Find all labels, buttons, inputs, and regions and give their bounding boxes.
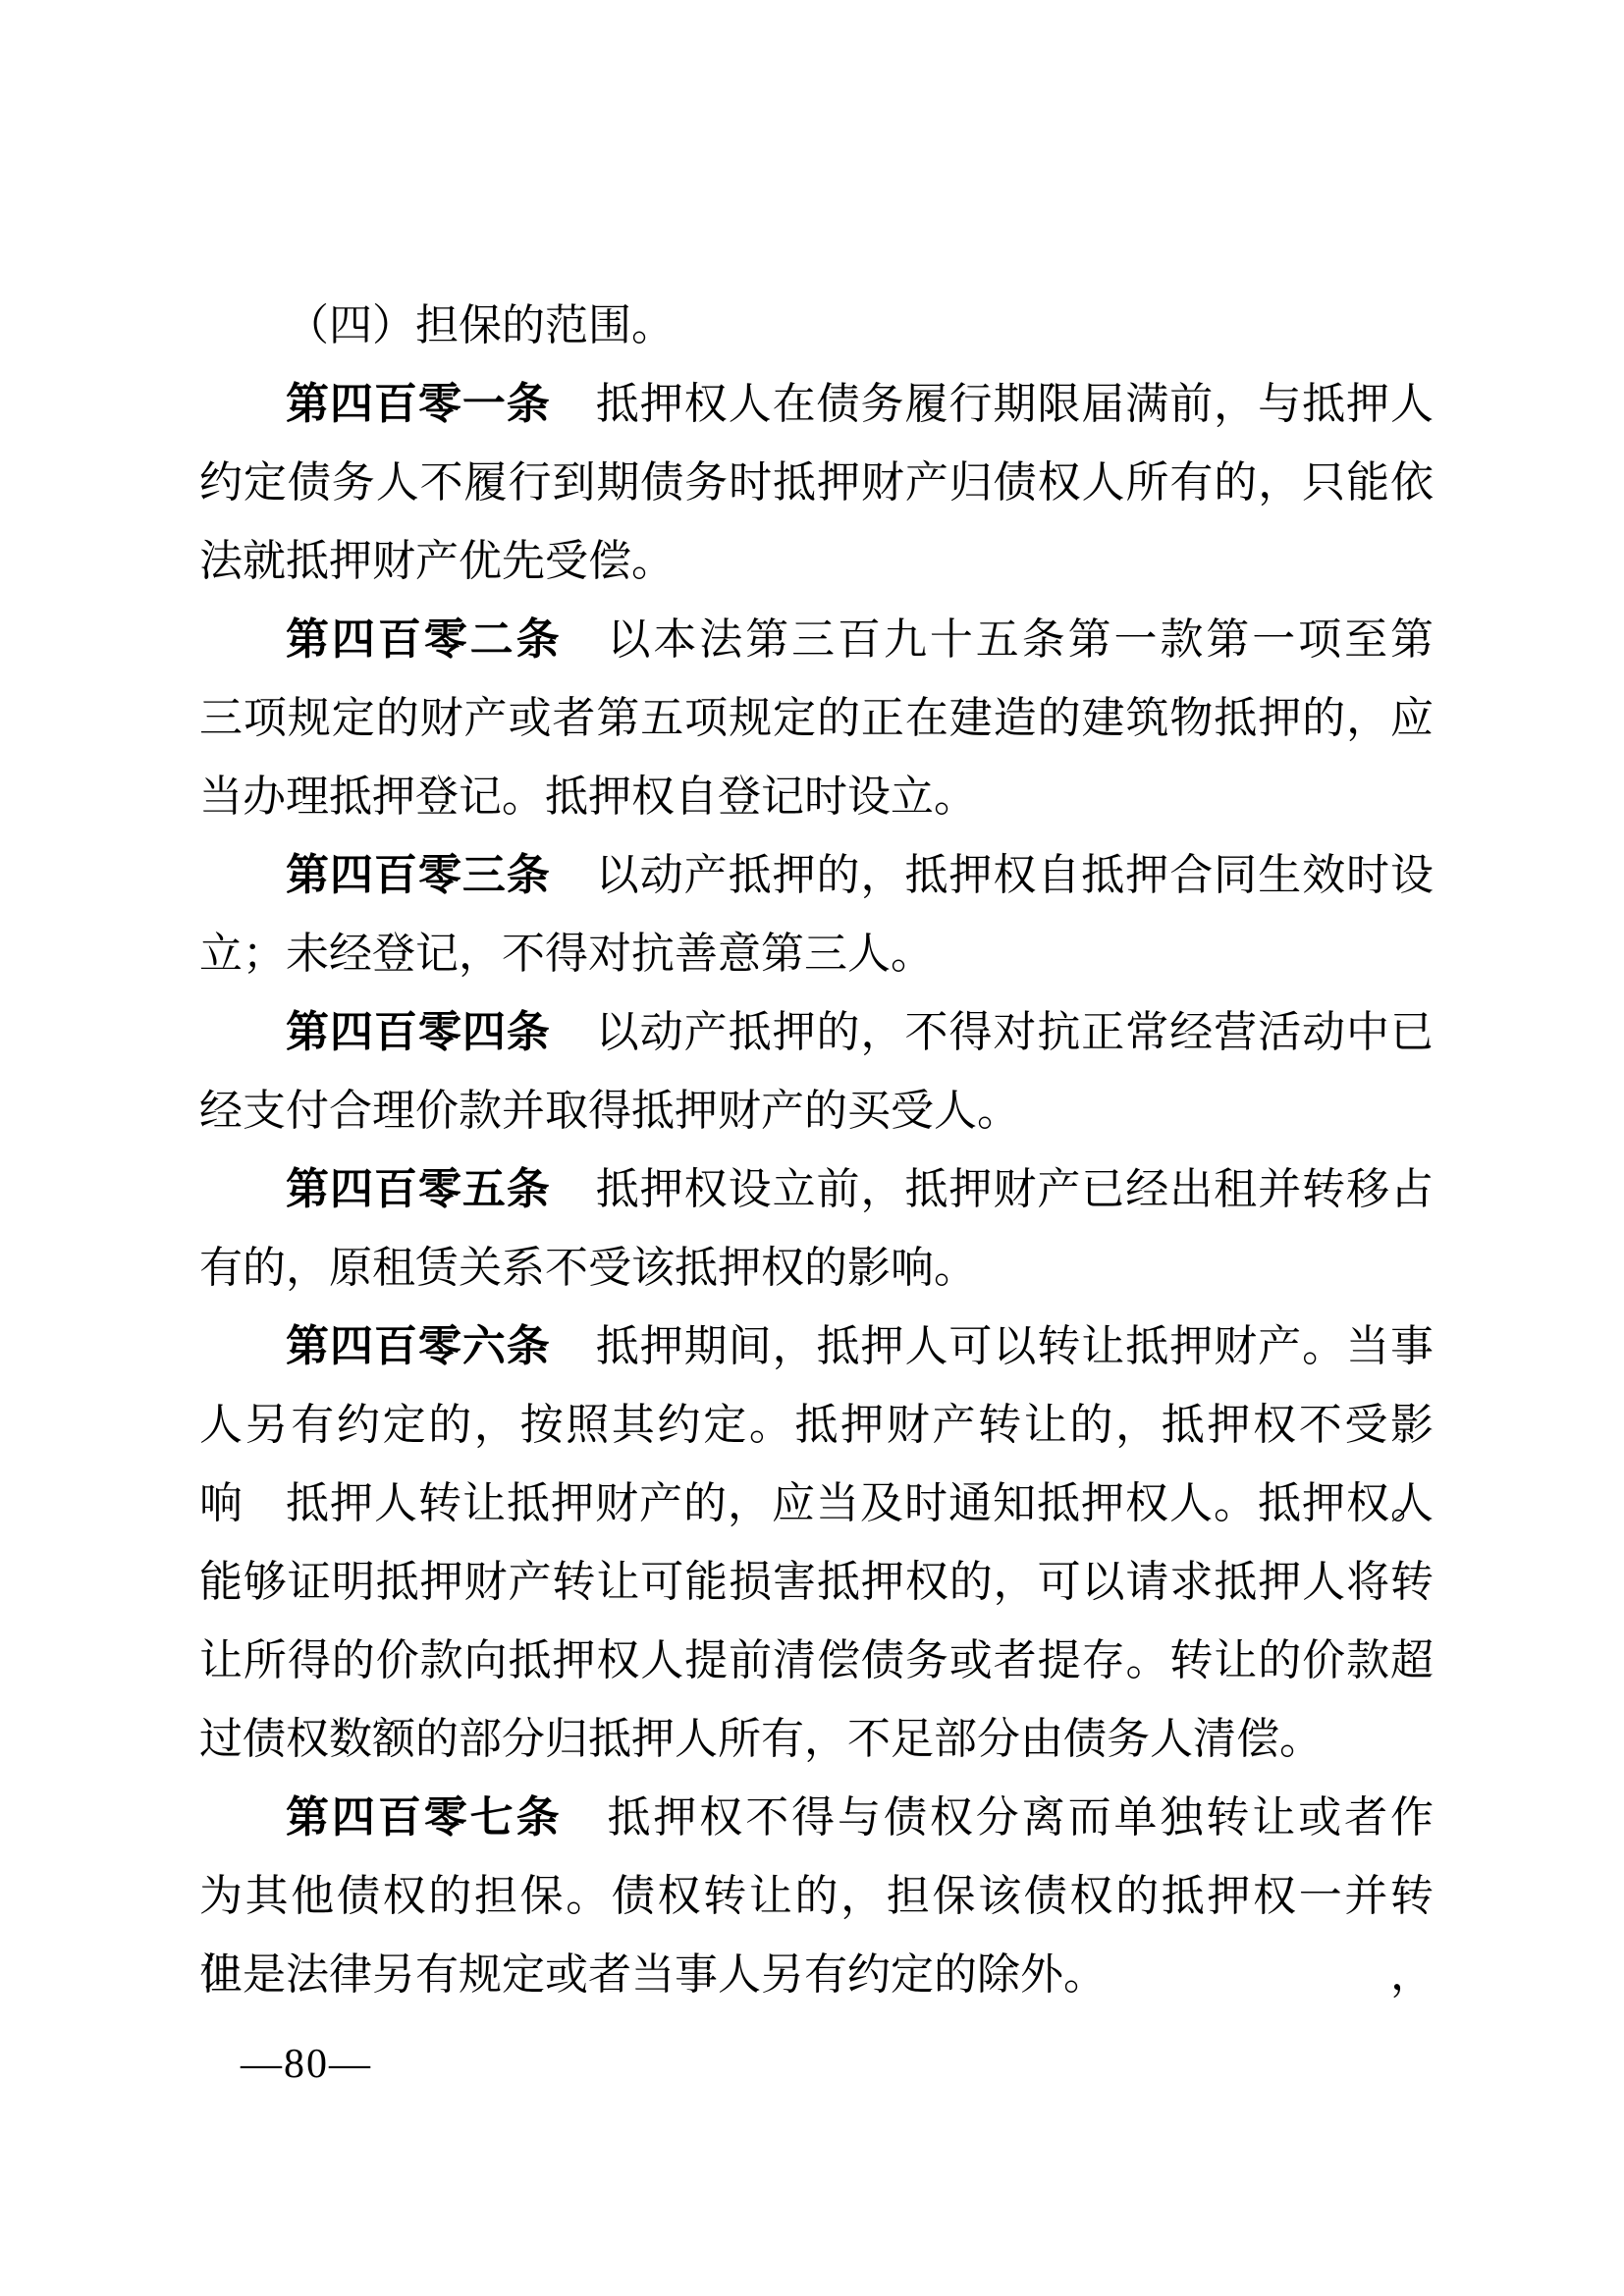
body-line: 三项规定的财产或者第五项规定的正在建造的建筑物抵押的，应 bbox=[199, 679, 1434, 758]
article-406-line: 第四百零六条抵押期间，抵押人可以转让抵押财产。当事 bbox=[199, 1308, 1434, 1386]
article-text: 抵押期间，抵押人可以转让抵押财产。当事 bbox=[596, 1322, 1434, 1370]
article-number: 第四百零七条 bbox=[286, 1793, 562, 1842]
body-line-text: 让所得的价款向抵押权人提前清偿债务或者提存。转让的价款超 bbox=[199, 1636, 1434, 1684]
body-line-text: 有的，原租赁关系不受该抵押权的影响。 bbox=[199, 1244, 977, 1292]
article-405-line: 第四百零五条抵押权设立前，抵押财产已经出租并转移占 bbox=[199, 1150, 1434, 1229]
body-line: 为其他债权的担保。债权转让的，担保该债权的抵押权一并转让， bbox=[199, 1857, 1434, 1936]
article-text: 抵押权设立前，抵押财产已经出租并转移占 bbox=[596, 1165, 1434, 1213]
body-line: 法就抵押财产优先受偿。 bbox=[199, 522, 1434, 601]
body-line-text: 三项规定的财产或者第五项规定的正在建造的建筑物抵押的，应 bbox=[199, 694, 1434, 742]
body-line-text: 抵押人转让抵押财产的，应当及时通知抵押权人。抵押权人 bbox=[286, 1479, 1434, 1527]
article-text: 以动产抵押的，不得对抗正常经营活动中已 bbox=[596, 1008, 1434, 1056]
body-line-text: 约定债务人不履行到期债务时抵押财产归债权人所有的，只能依 bbox=[199, 458, 1434, 507]
page-number: —80— bbox=[241, 2042, 372, 2087]
body-line: 让所得的价款向抵押权人提前清偿债务或者提存。转让的价款超 bbox=[199, 1622, 1434, 1700]
article-number: 第四百零三条 bbox=[286, 851, 551, 899]
body-line: 立；未经登记，不得对抗善意第三人。 bbox=[199, 915, 1434, 993]
body-line: 人另有约定的，按照其约定。抵押财产转让的，抵押权不受影响。 bbox=[199, 1386, 1434, 1465]
body-line: 抵押人转让抵押财产的，应当及时通知抵押权人。抵押权人 bbox=[199, 1465, 1434, 1543]
body-line-text: 过债权数额的部分归抵押人所有，不足部分由债务人清偿。 bbox=[199, 1715, 1323, 1763]
document-body: （四）担保的范围。 第四百零一条抵押权人在债务履行期限届满前，与抵押人 约定债务… bbox=[199, 287, 1434, 2014]
body-line-text: 立；未经登记，不得对抗善意第三人。 bbox=[199, 930, 934, 978]
article-number: 第四百零六条 bbox=[286, 1322, 551, 1370]
section-heading: （四）担保的范围。 bbox=[199, 287, 1434, 365]
body-line: 能够证明抵押财产转让可能损害抵押权的，可以请求抵押人将转 bbox=[199, 1543, 1434, 1622]
body-line: 当办理抵押登记。抵押权自登记时设立。 bbox=[199, 758, 1434, 836]
article-403-line: 第四百零三条以动产抵押的，抵押权自抵押合同生效时设 bbox=[199, 836, 1434, 915]
article-402-line: 第四百零二条以本法第三百九十五条第一款第一项至第 bbox=[199, 601, 1434, 679]
article-text: 以动产抵押的，抵押权自抵押合同生效时设 bbox=[596, 851, 1434, 899]
body-line: 约定债务人不履行到期债务时抵押财产归债权人所有的，只能依 bbox=[199, 444, 1434, 522]
article-number: 第四百零四条 bbox=[286, 1008, 551, 1056]
article-text: 抵押权不得与债权分离而单独转让或者作 bbox=[607, 1793, 1434, 1842]
body-line-text: 经支付合理价款并取得抵押财产的买受人。 bbox=[199, 1087, 1020, 1135]
document-page: { "page": { "background": "#ffffff", "te… bbox=[0, 0, 1624, 2296]
article-404-line: 第四百零四条以动产抵押的，不得对抗正常经营活动中已 bbox=[199, 993, 1434, 1072]
article-401-line: 第四百零一条抵押权人在债务履行期限届满前，与抵押人 bbox=[199, 365, 1434, 444]
body-line: 经支付合理价款并取得抵押财产的买受人。 bbox=[199, 1072, 1434, 1150]
article-number: 第四百零二条 bbox=[286, 615, 562, 664]
body-line: 过债权数额的部分归抵押人所有，不足部分由债务人清偿。 bbox=[199, 1700, 1434, 1779]
article-text: 以本法第三百九十五条第一款第一项至第 bbox=[607, 615, 1434, 664]
article-number: 第四百零一条 bbox=[286, 380, 551, 428]
body-line-text: 当办理抵押登记。抵押权自登记时设立。 bbox=[199, 773, 977, 821]
body-line-text: 但是法律另有规定或者当事人另有约定的除外。 bbox=[199, 1950, 1107, 1999]
article-number: 第四百零五条 bbox=[286, 1165, 551, 1213]
section-heading-text: （四）担保的范围。 bbox=[286, 301, 675, 349]
article-text: 抵押权人在债务履行期限届满前，与抵押人 bbox=[596, 380, 1434, 428]
article-407-line: 第四百零七条抵押权不得与债权分离而单独转让或者作 bbox=[199, 1779, 1434, 1857]
body-line: 有的，原租赁关系不受该抵押权的影响。 bbox=[199, 1229, 1434, 1308]
body-line-text: 能够证明抵押财产转让可能损害抵押权的，可以请求抵押人将转 bbox=[199, 1558, 1434, 1606]
body-line-text: 法就抵押财产优先受偿。 bbox=[199, 537, 675, 585]
